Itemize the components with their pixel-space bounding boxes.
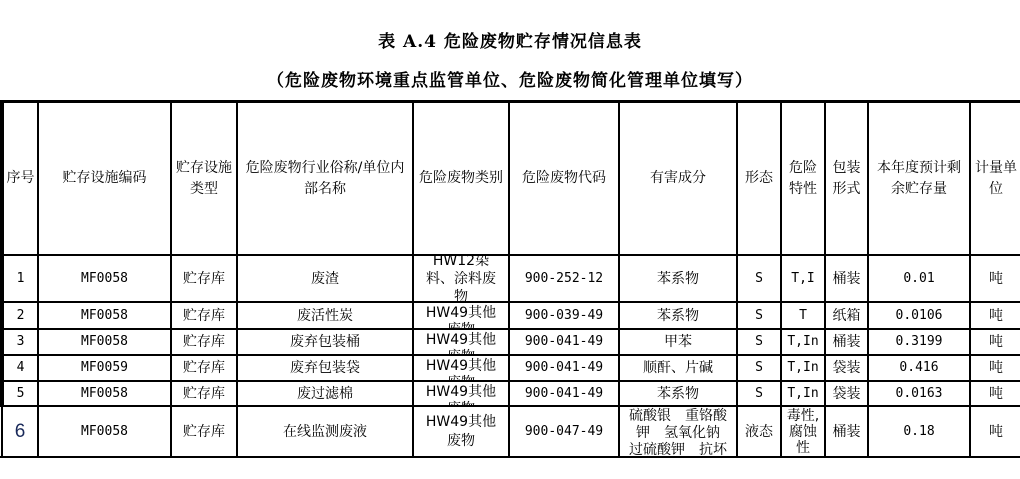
cell-hazard-property: T,I — [782, 256, 824, 301]
header-index: 序号 — [4, 103, 37, 254]
cell-form: S — [738, 382, 780, 405]
cell-waste-code: 900-252-12 — [510, 256, 618, 301]
cell-waste-category: HW49其他废物 — [414, 303, 508, 328]
cell-waste-code: 900-041-49 — [510, 330, 618, 354]
cell-unit: 吨 — [971, 303, 1020, 328]
cell-waste-code: 900-041-49 — [510, 356, 618, 380]
cell-form: S — [738, 303, 780, 328]
cell-unit: 吨 — [971, 382, 1020, 405]
cell-facility-type: 贮存库 — [172, 330, 236, 354]
cell-unit: 吨 — [971, 407, 1020, 456]
cell-form: S — [738, 356, 780, 380]
cell-waste-code: 900-047-49 — [510, 407, 618, 456]
cell-hazardous-component: 顺酐、片碱 — [620, 356, 736, 380]
cell-unit: 吨 — [971, 330, 1020, 354]
cell-hazard-property: T,In — [782, 356, 824, 380]
cell-packaging: 桶装 — [826, 407, 867, 456]
cell-index: 5 — [4, 382, 37, 405]
cell-hazardous-component: 苯系物 — [620, 303, 736, 328]
cell-remaining-storage: 0.3199 — [869, 330, 969, 354]
header-waste-code: 危险废物代码 — [510, 103, 618, 254]
cell-facility-code: MF0058 — [39, 407, 170, 456]
cell-waste-category: HW49其他废物 — [414, 330, 508, 354]
header-waste-name: 危险废物行业俗称/单位内部名称 — [238, 103, 412, 254]
cell-waste-category: HW49其他废物 — [414, 407, 508, 456]
header-facility-type: 贮存设施类型 — [172, 103, 236, 254]
cell-waste-name: 废活性炭 — [238, 303, 412, 328]
cell-facility-type: 贮存库 — [172, 407, 236, 456]
cell-packaging: 袋装 — [826, 382, 867, 405]
cell-facility-code: MF0059 — [39, 356, 170, 380]
cell-facility-type: 贮存库 — [172, 303, 236, 328]
cell-index: 1 — [4, 256, 37, 301]
cell-waste-category: HW49其他废物 — [414, 356, 508, 380]
cell-index: 4 — [4, 356, 37, 380]
cell-waste-category: HW49其他废物 — [414, 382, 508, 405]
cell-waste-category: HW12染料、涂料废物 — [414, 256, 508, 301]
cell-form: S — [738, 330, 780, 354]
cell-index: 6 — [3, 407, 37, 456]
cell-facility-type: 贮存库 — [172, 382, 236, 405]
cell-hazard-property: T — [782, 303, 824, 328]
cell-packaging: 纸箱 — [826, 303, 867, 328]
cell-remaining-storage: 0.01 — [869, 256, 969, 301]
header-waste-category: 危险废物类别 — [414, 103, 508, 254]
cell-packaging: 桶装 — [826, 256, 867, 301]
cell-packaging: 桶装 — [826, 330, 867, 354]
cell-facility-type: 贮存库 — [172, 356, 236, 380]
cell-hazardous-component: 苯系物 — [620, 382, 736, 405]
cell-remaining-storage: 0.416 — [869, 356, 969, 380]
cell-remaining-storage: 0.0106 — [869, 303, 969, 328]
header-hazard-property: 危险特性 — [782, 103, 824, 254]
header-hazardous-component: 有害成分 — [620, 103, 736, 254]
cell-hazardous-component: 甲苯 — [620, 330, 736, 354]
cell-hazard-property: T,In — [782, 330, 824, 354]
header-unit: 计量单位 — [971, 103, 1020, 254]
cell-facility-code: MF0058 — [39, 330, 170, 354]
cell-facility-type: 贮存库 — [172, 256, 236, 301]
cell-unit: 吨 — [971, 256, 1020, 301]
cell-waste-code: 900-039-49 — [510, 303, 618, 328]
cell-waste-name: 在线监测废液 — [238, 407, 412, 456]
cell-index: 2 — [4, 303, 37, 328]
header-packaging: 包装形式 — [826, 103, 867, 254]
cell-remaining-storage: 0.0163 — [869, 382, 969, 405]
cell-hazardous-component: 硫酸银 重铬酸钾 氢氧化钠 过硫酸钾 抗坏 — [620, 407, 736, 456]
cell-form: 液态 — [738, 407, 780, 456]
cell-hazard-property: T,In — [782, 382, 824, 405]
cell-waste-name: 废过滤棉 — [238, 382, 412, 405]
cell-facility-code: MF0058 — [39, 382, 170, 405]
cell-remaining-storage: 0.18 — [869, 407, 969, 456]
cell-facility-code: MF0058 — [39, 303, 170, 328]
cell-waste-name: 废弃包装袋 — [238, 356, 412, 380]
storage-info-table: 序号 贮存设施编码 贮存设施类型 危险废物行业俗称/单位内部名称 危险废物类别 … — [0, 0, 1020, 479]
cell-facility-code: MF0058 — [39, 256, 170, 301]
cell-hazard-property: 毒性,腐蚀性 — [782, 407, 824, 456]
cell-form: S — [738, 256, 780, 301]
cell-waste-name: 废渣 — [238, 256, 412, 301]
cell-packaging: 袋装 — [826, 356, 867, 380]
header-form: 形态 — [738, 103, 780, 254]
cell-unit: 吨 — [971, 356, 1020, 380]
header-remaining-storage: 本年度预计剩余贮存量 — [869, 103, 969, 254]
cell-index: 3 — [4, 330, 37, 354]
cell-waste-code: 900-041-49 — [510, 382, 618, 405]
cell-hazardous-component: 苯系物 — [620, 256, 736, 301]
header-facility-code: 贮存设施编码 — [39, 103, 170, 254]
cell-waste-name: 废弃包装桶 — [238, 330, 412, 354]
